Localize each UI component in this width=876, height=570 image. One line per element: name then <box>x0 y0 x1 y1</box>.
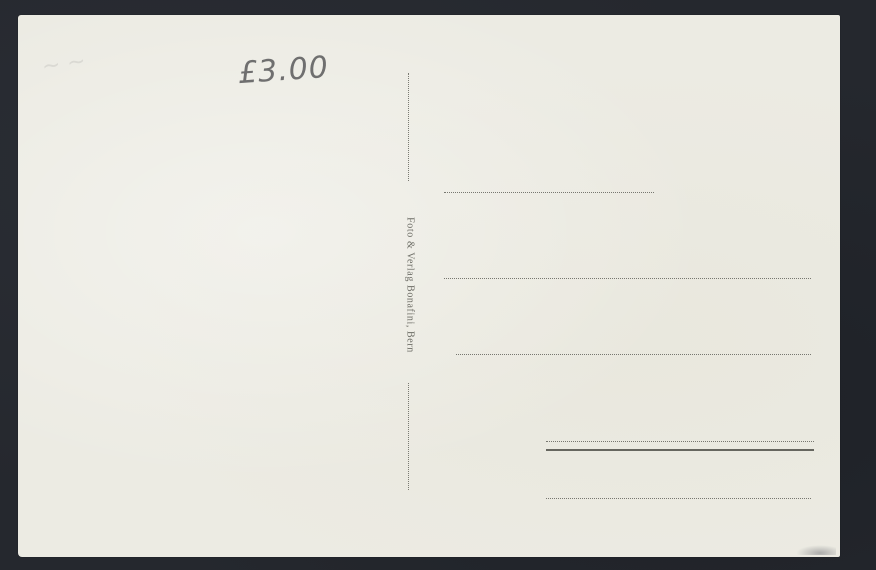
address-line-3 <box>456 354 811 355</box>
address-line-2 <box>444 278 811 279</box>
publisher-imprint: Foto & Verlag Bonafini, Bern <box>405 217 416 353</box>
center-divider-bottom <box>408 383 409 490</box>
address-line-4-solid <box>546 449 814 451</box>
center-divider-top <box>408 73 409 181</box>
address-line-5 <box>546 498 811 499</box>
price-annotation: £3.00 <box>237 50 330 91</box>
pencil-scribble: ~ ~ <box>40 49 87 80</box>
address-line-1 <box>444 192 654 193</box>
address-line-4-dotted <box>546 441 814 442</box>
corner-wear-mark <box>796 545 836 555</box>
postcard-back: ~ ~ £3.00 Foto & Verlag Bonafini, Bern <box>18 15 840 557</box>
erased-pencil-notes: ~ ~ <box>40 30 202 150</box>
